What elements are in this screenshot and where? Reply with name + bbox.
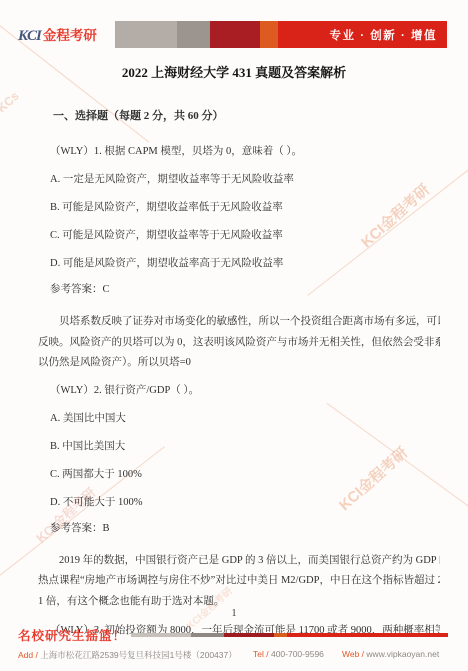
footer-slogan-row: 名校研究生摇篮！ <box>18 626 448 644</box>
option-item: D. 不可能大于 100% <box>38 494 440 509</box>
address-value: 上海市松花江路2539号复旦科技园1号楼（200437） <box>40 650 237 660</box>
banner-segment-orange <box>260 21 278 48</box>
option-item: C. 可能是风险资产，期望收益率等于无风险收益率 <box>38 227 440 242</box>
option-item: B. 可能是风险资产，期望收益率低于无风险收益率 <box>38 199 440 214</box>
page-number: 1 <box>0 608 468 619</box>
explanation-line: 贝塔系数反映了证券对市场变化的敏感性，所以一个投资组合距离市场有多远，可以通过贝… <box>38 312 440 333</box>
tel-label: Tel / <box>253 649 269 659</box>
question-stem: （WLY）2. 银行资产/GDP（ ）。 <box>38 382 440 397</box>
option-item: A. 一定是无风险资产，期望收益率等于无风险收益率 <box>38 171 440 186</box>
explanation-line: 反映。风险资产的贝塔可以为 0，这表明该风险资产与市场并无相关性，但依然会受非系… <box>38 333 440 354</box>
tel-value: 400-700-9596 <box>271 649 324 659</box>
answer-line: 参考答案：B <box>38 520 440 535</box>
kci-logo-mark: KCI <box>18 28 41 45</box>
web-value: www.vipkaoyan.net <box>366 649 439 659</box>
address-label: Add / <box>18 650 38 660</box>
footer-contact-row: Add / 上海市松花江路2539号复旦科技园1号楼（200437） Tel /… <box>18 649 448 661</box>
explanation-paragraph: 贝塔系数反映了证券对市场变化的敏感性，所以一个投资组合距离市场有多远，可以通过贝… <box>38 312 440 374</box>
banner-slogan: 专业 · 创新 · 增值 <box>330 27 437 43</box>
page-title: 2022 上海财经大学 431 真题及答案解析 <box>0 62 468 81</box>
banner-segment-gray-mid <box>177 21 210 48</box>
contact-address: Add / 上海市松花江路2539号复旦科技园1号楼（200437） <box>18 649 253 661</box>
footer-bar-segment-orange <box>274 633 287 637</box>
explanation-line: 2019 年的数据，中国银行资产已是 GDP 的 3 倍以上，而美国银行总资产约… <box>38 551 440 572</box>
explanation-line: 以仍然是风险资产）。所以贝塔=0 <box>38 353 440 374</box>
footer-bar-segment-gray-mid <box>191 633 224 637</box>
brand-name: 金程考研 <box>43 24 97 44</box>
banner-segment-red: 专业 · 创新 · 增值 <box>278 21 447 48</box>
header-banner: 专业 · 创新 · 增值 <box>115 21 447 48</box>
question-stem: （WLY）1. 根据 CAPM 模型，贝塔为 0，意味着（ ）。 <box>38 143 440 158</box>
page-header: KCI 金程考研 专业 · 创新 · 增值 <box>0 0 468 48</box>
web-label: Web / <box>342 649 364 659</box>
document-body: 一、选择题（每题 2 分，共 60 分） （WLY）1. 根据 CAPM 模型，… <box>0 81 468 637</box>
banner-segment-gray-light <box>115 21 177 48</box>
option-item: B. 中国比美国大 <box>38 438 440 453</box>
footer-slogan: 名校研究生摇篮！ <box>18 626 126 644</box>
explanation-line: 热点课程“房地产市场调控与房住不炒”对比过中美日 M2/GDP，中日在这个指标皆… <box>38 571 440 592</box>
footer-bar-segment-red <box>287 633 448 637</box>
option-item: D. 可能是风险资产，期望收益率高于无风险收益率 <box>38 255 440 270</box>
contact-web: Web / www.vipkaoyan.net <box>342 649 439 661</box>
kci-logo: KCI 金程考研 <box>18 24 115 45</box>
document-page: KCI金程考研 KCI金程考研 KCI金程考研 KCs KCI金程考研 KCI … <box>0 0 468 671</box>
page-footer: 名校研究生摇篮！ Add / 上海市松花江路2539号复旦科技园1号楼（2004… <box>18 626 448 661</box>
footer-bar-segment-dark-red <box>224 633 274 637</box>
section-header: 一、选择题（每题 2 分，共 60 分） <box>38 107 440 123</box>
answer-line: 参考答案：C <box>38 281 440 296</box>
option-item: A. 美国比中国大 <box>38 410 440 425</box>
banner-segment-dark-red <box>210 21 260 48</box>
explanation-paragraph: 2019 年的数据，中国银行资产已是 GDP 的 3 倍以上，而美国银行总资产约… <box>38 551 440 613</box>
contact-tel: Tel / 400-700-9596 <box>253 649 342 661</box>
footer-bar-segment-gray-light <box>131 633 191 637</box>
option-item: C. 两国都大于 100% <box>38 466 440 481</box>
footer-bar <box>131 633 448 637</box>
